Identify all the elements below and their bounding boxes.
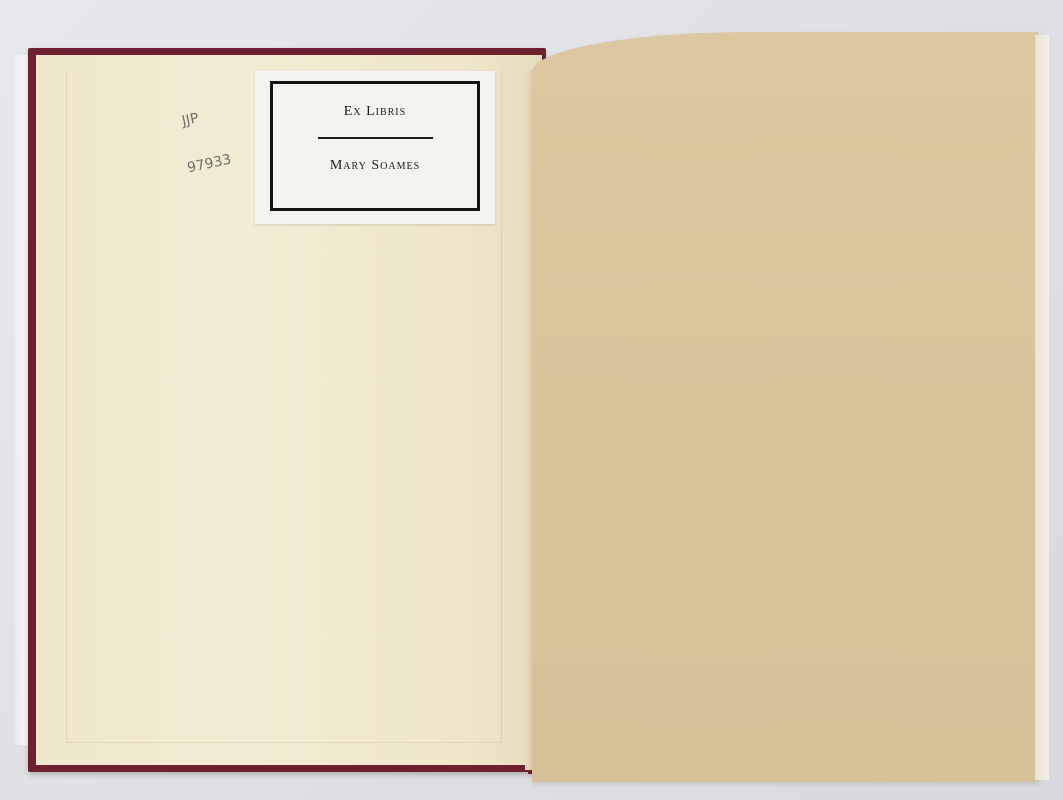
bookplate-owner-name: Mary Soames xyxy=(330,158,420,174)
bookplate-divider xyxy=(318,137,433,139)
bookplate-border: Ex Libris Mary Soames xyxy=(270,81,480,211)
ex-libris-bookplate: Ex Libris Mary Soames xyxy=(255,71,495,224)
pencil-note-initials: JJP xyxy=(181,110,201,129)
page-block-edge xyxy=(1035,35,1049,780)
free-endpaper xyxy=(532,32,1038,782)
open-book-photo: JJP 97933 Ex Libris Mary Soames xyxy=(0,0,1063,800)
bookplate-heading: Ex Libris xyxy=(344,104,406,120)
